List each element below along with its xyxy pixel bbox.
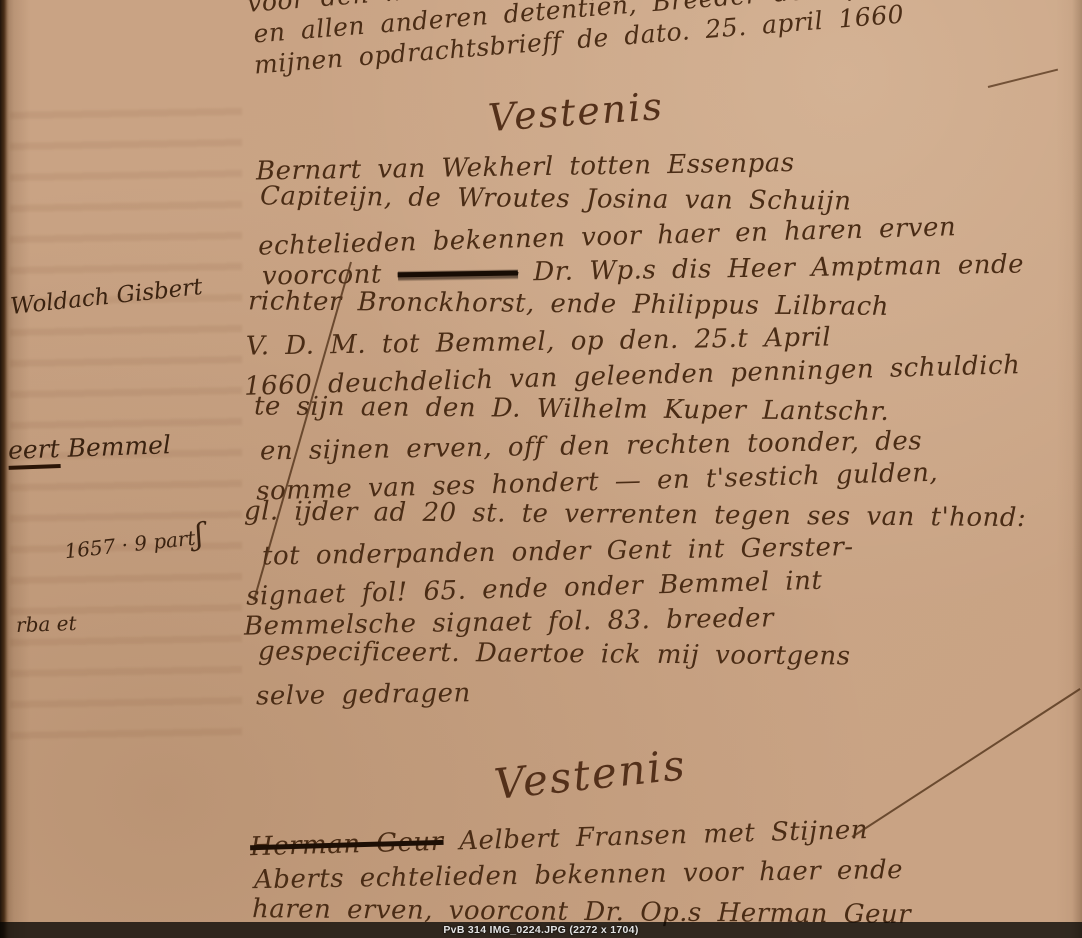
underlined-word: eert	[8, 434, 61, 470]
line-text: gl. ijder ad 20 st. te verrenten tegen s…	[244, 496, 1026, 533]
book-binding-edge	[0, 0, 9, 938]
image-viewer-caption-bar: PvB 314 IMG_0224.JPG (2272 x 1704)	[0, 922, 1082, 938]
line-text: te sijn aen den D. Wilhelm Kuper Lantsch…	[254, 391, 889, 427]
margin-note-text: Woldach Gisbert	[9, 274, 203, 320]
margin-note-text: Bemmel	[59, 430, 171, 463]
crossed-out-name: Herman Geur	[250, 827, 444, 862]
line-text: richter Bronckhorst, ende Philippus Lilb…	[248, 286, 889, 322]
manuscript-line: selve gedragen	[256, 666, 1082, 714]
line-text: Dr. Wp.s dis Heer Amptman ende	[517, 250, 1024, 288]
margin-note-text: rba et	[16, 611, 77, 637]
margin-note-woldach-gisbert: Woldach Gisbert	[9, 274, 203, 320]
pen-flourish: ʃ	[193, 517, 205, 553]
margin-note-text: 1657 · 9 part	[63, 526, 196, 564]
margin-note-eert-bemmel: eert Bemmel	[8, 430, 172, 465]
deed-entry-1: Bernart van Wekherl totten Essenpas Capi…	[244, 148, 1082, 708]
line-text: Capiteijn, de Wroutes Josina van Schuijn	[260, 181, 852, 216]
crossed-out-word-blot: —————	[397, 257, 517, 289]
line-text: Aelbert Fransen met Stijnen	[443, 815, 868, 857]
margin-note-rba-et: rba et	[16, 611, 77, 637]
ink-bleedthrough-texture	[10, 88, 242, 748]
top-paragraph-fragment: voor den …… , Breder …… en allen anderen…	[246, 0, 961, 81]
manuscript-scan-page: voor den …… , Breder …… en allen anderen…	[0, 0, 1082, 938]
margin-note-1657-9-part: 1657 · 9 partʃ	[63, 517, 205, 566]
deed-entry-2: Herman Geur Aelbert Fransen met Stijnen …	[250, 820, 911, 931]
section-heading-vestenis-1: Vestenis	[487, 84, 665, 140]
date-underline-flourish	[988, 69, 1058, 88]
section-heading-vestenis-2: Vestenis	[492, 740, 689, 809]
image-filename-caption: PvB 314 IMG_0224.JPG (2272 x 1704)	[443, 924, 638, 936]
line-text: gespecificeert. Daertoe ick mij voortgen…	[258, 636, 851, 671]
line-text: selve gedragen	[256, 678, 471, 711]
line-text: Aberts echtelieden bekennen voor haer en…	[254, 855, 904, 895]
